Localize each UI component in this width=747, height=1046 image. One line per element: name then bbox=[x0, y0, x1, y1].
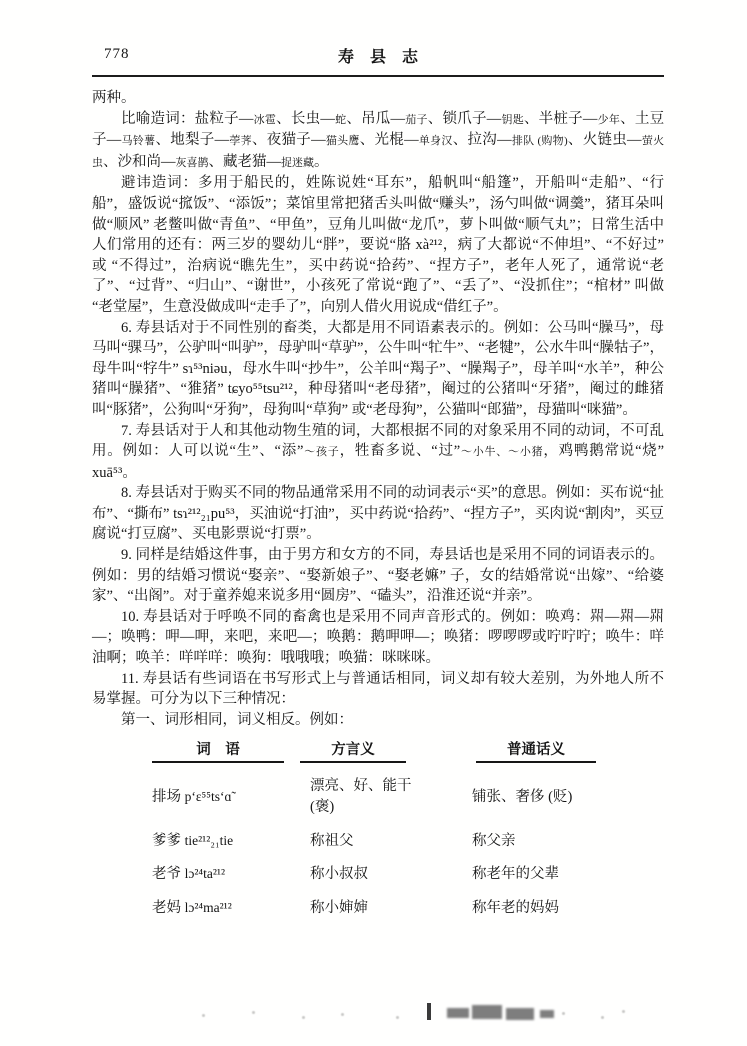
text-run: 冰雹 bbox=[253, 114, 276, 126]
word-table: 词 语 方言义 普通话义 排场 p‘ε⁵⁵ts‘ɑ̃ 漂亮、好、能干 (褒) 铺… bbox=[152, 738, 614, 918]
scan-artifact bbox=[506, 1008, 534, 1020]
text-run: 、夜猫子— bbox=[252, 132, 326, 148]
text-run: 灰喜鹊 bbox=[176, 157, 209, 169]
cell-standard-meaning: 铺张、奢侈 (贬) bbox=[472, 787, 614, 808]
text-run: 10. 寿县话对于呼唤不同的畜禽也是采用不同声音形式的。例如：唤鸡：喌—喌—喌—… bbox=[92, 609, 664, 666]
word-ipa: p‘ε⁵⁵ts‘ɑ̃ bbox=[185, 789, 232, 804]
page: 778 寿 县 志 两种。比喻造词：盐粒子—冰雹、长虫—蛇、吊瓜—茄子、锁爪子—… bbox=[0, 0, 747, 1046]
paragraph: 第一、词形相同，词义相反。例如： bbox=[92, 710, 664, 731]
paragraph: 10. 寿县话对于呼唤不同的畜禽也是采用不同声音形式的。例如：唤鸡：喌—喌—喌—… bbox=[92, 607, 664, 669]
cell-dialect-meaning: 称小叔叔 bbox=[310, 864, 472, 885]
body-text: 两种。比喻造词：盐粒子—冰雹、长虫—蛇、吊瓜—茄子、锁爪子—钥匙、半桩子—少年、… bbox=[92, 88, 664, 730]
text-run: 11. 寿县话有些词语在书写形式上与普通话相同，词义却有较大差别，为外地人所不易… bbox=[92, 671, 664, 708]
cell-dialect-meaning: 漂亮、好、能干 (褒) bbox=[310, 776, 472, 817]
text-run: 、半桩子— bbox=[524, 111, 597, 127]
scan-artifact bbox=[540, 1010, 554, 1018]
page-number: 778 bbox=[104, 46, 130, 63]
text-run: 、藏老猫— bbox=[209, 154, 282, 170]
table-row: 老妈 lɔ²⁴ma²¹² 称小婶婶 称年老的妈妈 bbox=[152, 898, 614, 919]
text-run: 、光棍— bbox=[360, 132, 419, 148]
cell-dialect-meaning: 称小婶婶 bbox=[310, 898, 472, 919]
text-run: 。 bbox=[314, 154, 329, 170]
table-row: 排场 p‘ε⁵⁵ts‘ɑ̃ 漂亮、好、能干 (褒) 铺张、奢侈 (贬) bbox=[152, 776, 614, 817]
text-run: 9. 同样是结婚这件事，由于男方和女方的不同，寿县话也是采用不同的词语表示的。例… bbox=[92, 547, 664, 604]
header-rule bbox=[92, 75, 664, 77]
cell-word: 爹爹 tie²¹²₂₁tie bbox=[152, 831, 310, 852]
scan-artifact bbox=[252, 1011, 255, 1014]
cell-word: 排场 p‘ε⁵⁵ts‘ɑ̃ bbox=[152, 787, 310, 808]
text-run: 两种。 bbox=[92, 90, 136, 106]
table-row: 爹爹 tie²¹²₂₁tie 称祖父 称父亲 bbox=[152, 831, 614, 852]
cell-dialect-meaning: 称祖父 bbox=[310, 831, 472, 852]
word: 老爷 bbox=[152, 866, 181, 882]
text-run: 猫头鹰 bbox=[326, 135, 360, 147]
paragraph: 两种。 bbox=[92, 88, 664, 109]
text-run: 、吊瓜— bbox=[346, 111, 405, 127]
word: 爹爹 bbox=[152, 833, 181, 849]
word: 排场 bbox=[152, 789, 181, 805]
text-run: 单身汉 bbox=[419, 135, 453, 147]
text-run: 、拉沟— bbox=[453, 132, 512, 148]
paragraph: 9. 同样是结婚这件事，由于男方和女方的不同，寿县话也是采用不同的词语表示的。例… bbox=[92, 545, 664, 607]
text-run: 、火链虫— bbox=[568, 132, 642, 148]
text-run: 避讳造词：多用于船民的，姓陈说姓“耳东”，船帆叫“船篷”，开船叫“走船”、“行船… bbox=[92, 175, 664, 315]
cell-standard-meaning: 称父亲 bbox=[472, 831, 614, 852]
text-run: 8. 寿县话对于购买不同的物品通常采用不同的动词表示“买”的意思。例如：买布说“… bbox=[92, 485, 664, 542]
text-run: 、地梨子— bbox=[155, 132, 229, 148]
word: 老妈 bbox=[152, 900, 181, 916]
text-run: 排队 (购物) bbox=[512, 135, 568, 147]
text-run: ，牲畜多说、“过” bbox=[340, 443, 461, 459]
cell-word: 老爷 lɔ²⁴ta²¹² bbox=[152, 864, 310, 885]
table-row: 老爷 lɔ²⁴ta²¹² 称小叔叔 称老年的父辈 bbox=[152, 864, 614, 885]
text-run: ～孩子 bbox=[303, 446, 339, 458]
word-ipa: tie²¹²₂₁tie bbox=[185, 833, 234, 848]
word-ipa: lɔ²⁴ma²¹² bbox=[185, 900, 232, 915]
scan-artifact bbox=[447, 1008, 469, 1018]
scan-artifact bbox=[601, 1016, 604, 1019]
text-run: 、沙和尚— bbox=[103, 154, 176, 170]
scan-artifact bbox=[427, 1003, 431, 1020]
text-run: 钥匙 bbox=[501, 114, 524, 126]
text-run: 6. 寿县话对于不同性别的畜类，大都是用不同语素表示的。例如：公马叫“臊马”，母… bbox=[92, 320, 664, 418]
paragraph: 避讳造词：多用于船民的，姓陈说姓“耳东”，船帆叫“船篷”，开船叫“走船”、“行船… bbox=[92, 173, 664, 317]
cell-word: 老妈 lɔ²⁴ma²¹² bbox=[152, 898, 310, 919]
table-header-standard: 普通话义 bbox=[476, 738, 596, 763]
table-header-dialect: 方言义 bbox=[300, 738, 406, 763]
scan-artifact bbox=[202, 1014, 205, 1017]
cell-standard-meaning: 称年老的妈妈 bbox=[472, 898, 614, 919]
text-run: 蛇 bbox=[335, 114, 346, 126]
content-column: 778 寿 县 志 两种。比喻造词：盐粒子—冰雹、长虫—蛇、吊瓜—茄子、锁爪子—… bbox=[92, 44, 664, 918]
scan-artifact bbox=[562, 1012, 565, 1015]
text-run: ～小牛、～小猪 bbox=[460, 446, 543, 458]
text-run: 捉迷藏 bbox=[281, 157, 314, 169]
page-header: 778 寿 县 志 bbox=[92, 44, 664, 70]
paragraph: 7. 寿县话对于人和其他动物生殖的词，大都根据不同的对象采用不同的动词，不可乱用… bbox=[92, 421, 664, 484]
scan-artifact bbox=[396, 1016, 399, 1019]
paragraph: 11. 寿县话有些词语在书写形式上与普通话相同，词义却有较大差别，为外地人所不易… bbox=[92, 669, 664, 710]
text-run: 茄子 bbox=[405, 114, 428, 126]
text-run: 马铃薯 bbox=[121, 135, 155, 147]
word-ipa: lɔ²⁴ta²¹² bbox=[185, 866, 225, 881]
table-header-row: 词 语 方言义 普通话义 bbox=[152, 738, 614, 763]
table-header-word: 词 语 bbox=[152, 738, 284, 763]
scan-artifact bbox=[341, 1013, 344, 1016]
scan-artifact bbox=[622, 1010, 625, 1013]
text-run: 荸荠 bbox=[229, 135, 252, 147]
page-title: 寿 县 志 bbox=[92, 44, 664, 67]
text-run: 、锁爪子— bbox=[428, 111, 501, 127]
text-run: 第一、词形相同，词义相反。例如： bbox=[121, 712, 353, 728]
paragraph: 比喻造词：盐粒子—冰雹、长虫—蛇、吊瓜—茄子、锁爪子—钥匙、半桩子—少年、土豆子… bbox=[92, 109, 664, 174]
paragraph: 6. 寿县话对于不同性别的畜类，大都是用不同语素表示的。例如：公马叫“臊马”，母… bbox=[92, 318, 664, 421]
scan-artifact bbox=[302, 1016, 305, 1019]
text-run: 比喻造词：盐粒子— bbox=[121, 111, 253, 127]
scan-artifact bbox=[472, 1005, 502, 1019]
text-run: 、长虫— bbox=[276, 111, 335, 127]
paragraph: 8. 寿县话对于购买不同的物品通常采用不同的动词表示“买”的意思。例如：买布说“… bbox=[92, 483, 664, 545]
text-run: 少年 bbox=[597, 114, 620, 126]
cell-standard-meaning: 称老年的父辈 bbox=[472, 864, 614, 885]
